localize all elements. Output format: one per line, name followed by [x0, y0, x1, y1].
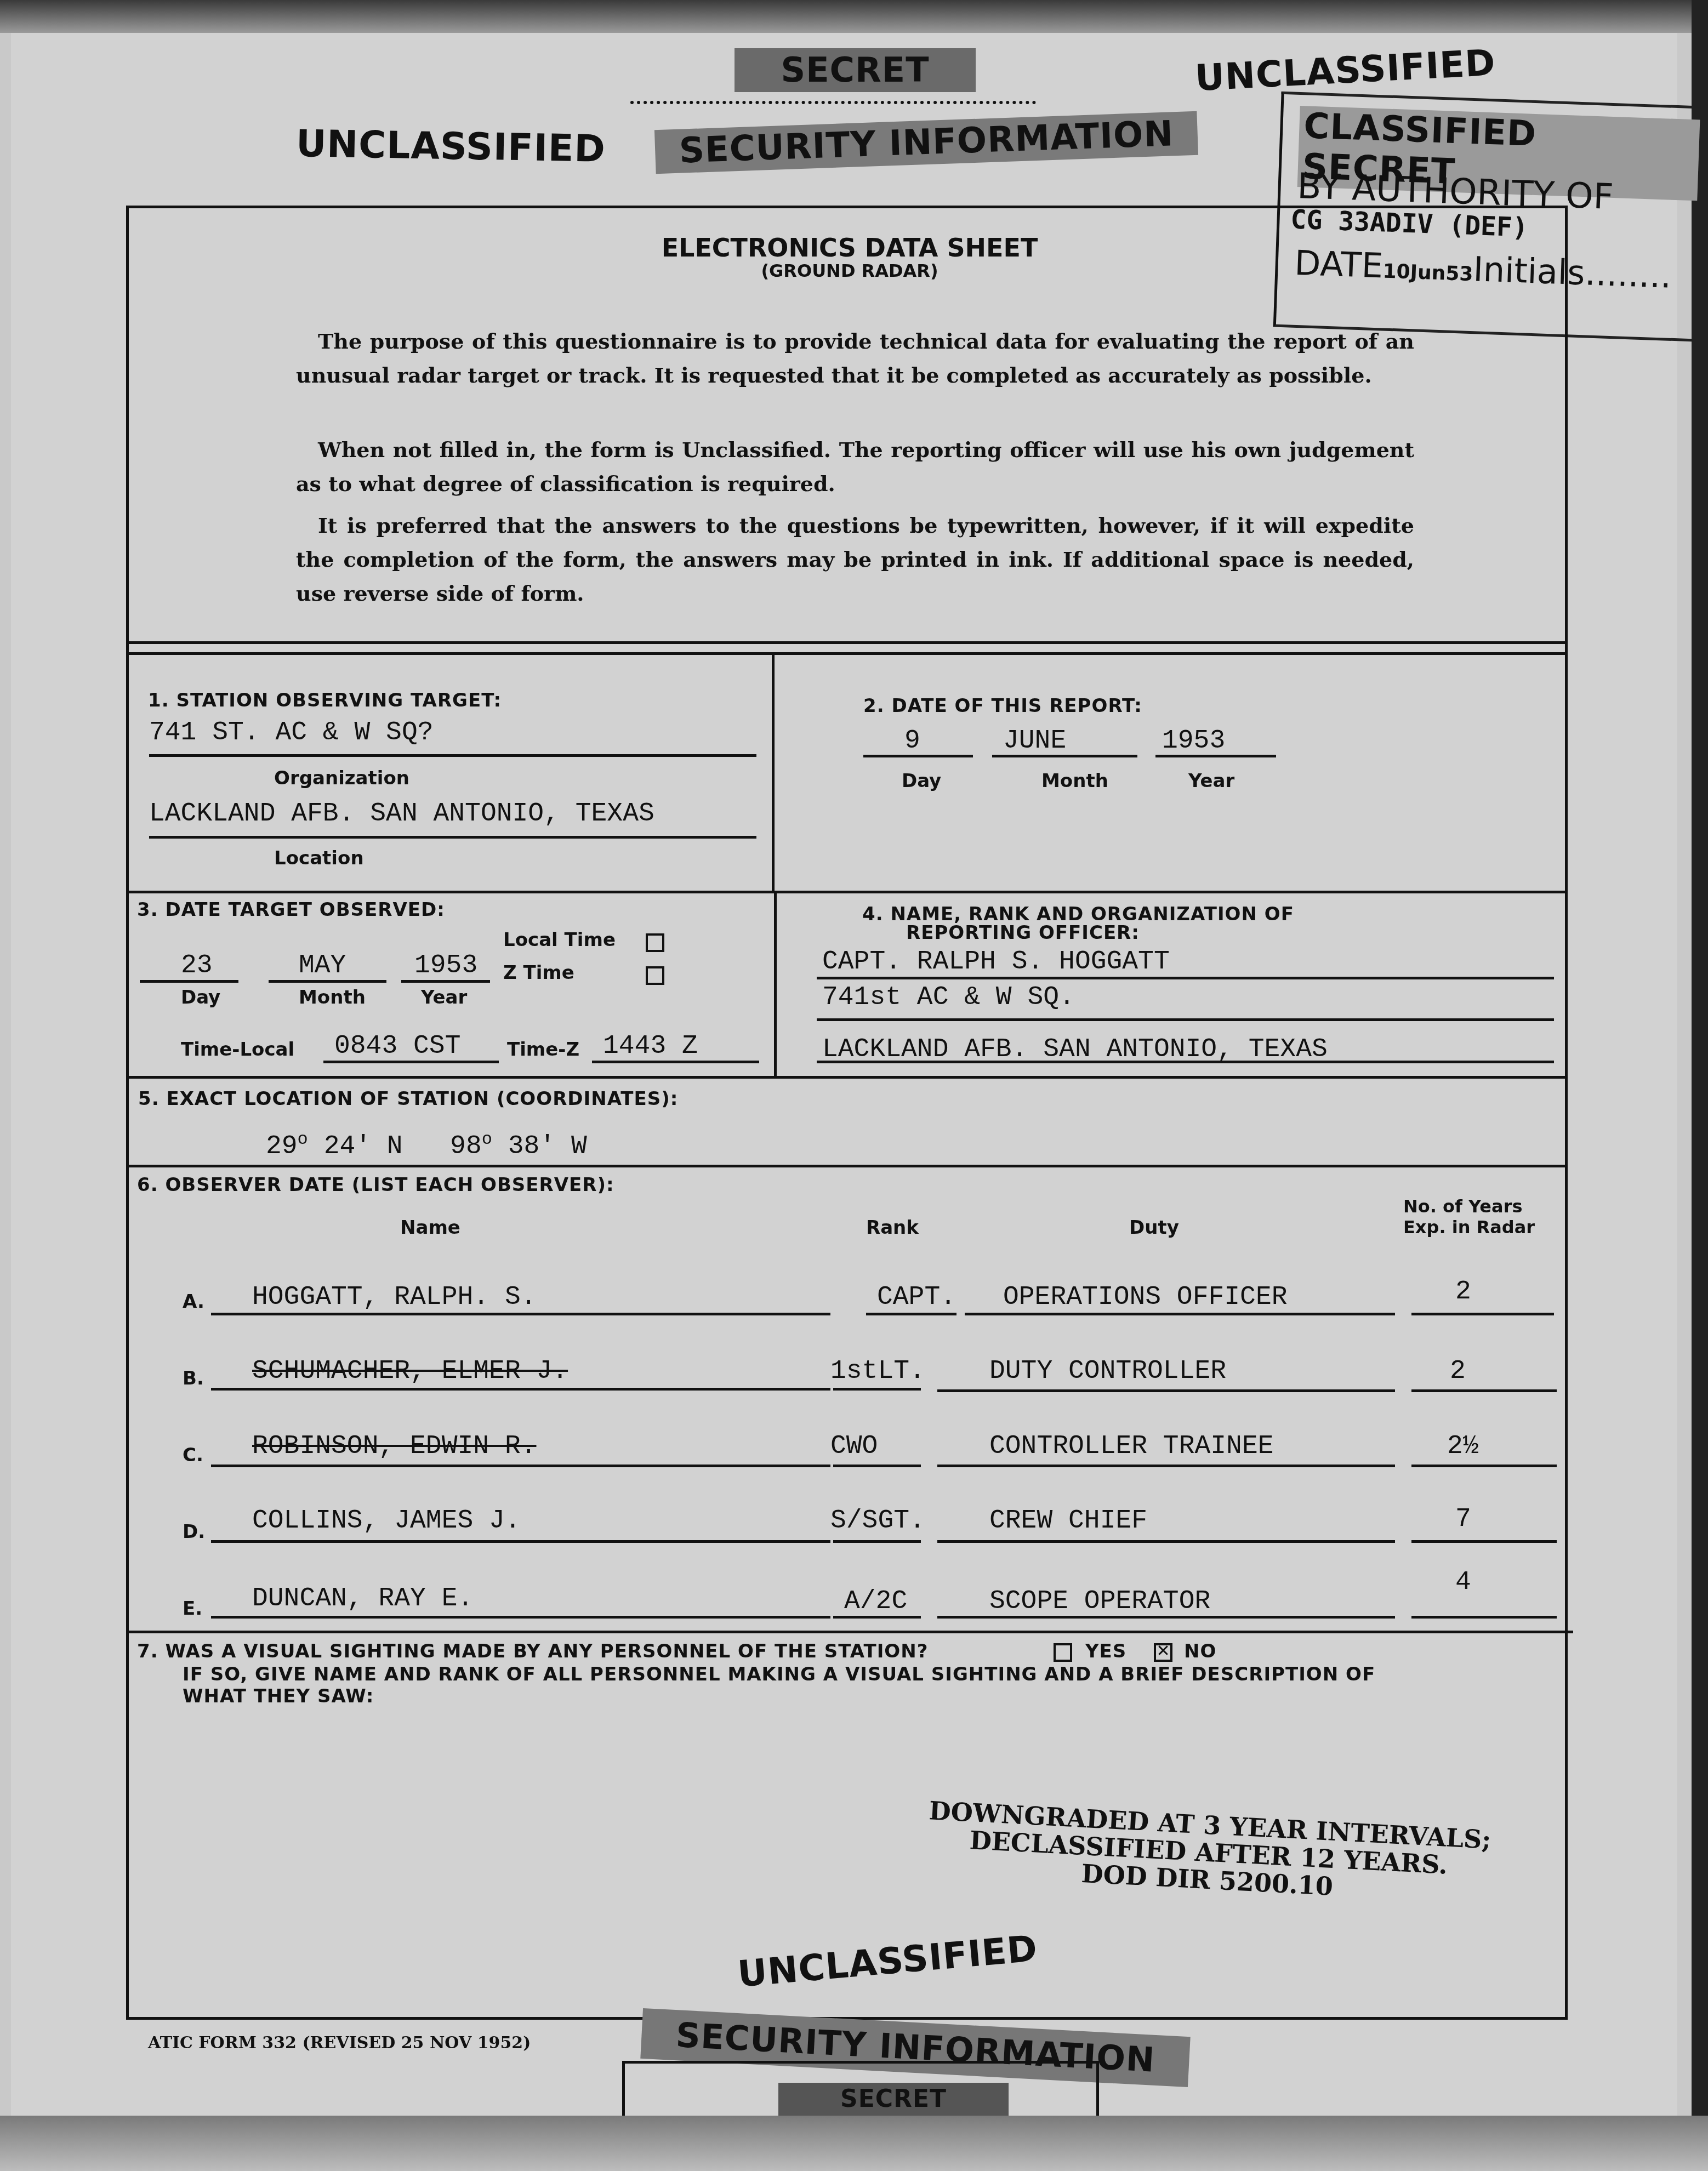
- section1-organization-caption: Organization: [274, 767, 409, 789]
- divider-s4-s5: [126, 1076, 1568, 1079]
- section4-officer-unit: 741st AC & W SQ.: [822, 983, 1075, 1012]
- longitude-degrees: 98: [450, 1132, 482, 1161]
- column-header-name: Name: [400, 1217, 460, 1239]
- years-line: [1411, 1616, 1557, 1619]
- section3-day-line: [140, 980, 238, 983]
- observer-name: ROBINSON, EDWIN R.: [252, 1432, 536, 1461]
- unclassified-stamp-top-left: UNCLASSIFIED: [295, 122, 606, 171]
- section2-day-value: 9: [904, 726, 920, 756]
- observer-name: HOGGATT, RALPH. S.: [252, 1283, 536, 1312]
- divider-intro-2: [126, 652, 1565, 655]
- column-header-rank: Rank: [866, 1217, 919, 1239]
- section2-year-caption: Year: [1188, 770, 1234, 792]
- observer-duty: DUTY CONTROLLER: [989, 1357, 1226, 1386]
- section6-label: 6. OBSERVER DATE (LIST EACH OBSERVER):: [137, 1174, 614, 1196]
- duty-line: [937, 1616, 1395, 1619]
- years-line: [1411, 1540, 1557, 1543]
- section1-location-line: [149, 836, 756, 839]
- section1-organization-value: 741 ST. AC & W SQ?: [149, 718, 433, 748]
- name-line: [211, 1313, 830, 1315]
- divider-s5-s6: [126, 1165, 1568, 1167]
- secret-stamp-top: SECRET: [735, 48, 976, 92]
- duty-line: [965, 1313, 1395, 1315]
- time-local-line: [323, 1061, 499, 1063]
- local-time-checkbox[interactable]: [646, 933, 664, 952]
- secret-stamp-bottom: SECRET: [778, 2083, 1009, 2116]
- divider-intro: [126, 641, 1565, 644]
- column-header-years-line2: Exp. in Radar: [1403, 1217, 1535, 1238]
- duty-line: [937, 1540, 1395, 1543]
- observer-duty: OPERATIONS OFFICER: [1003, 1283, 1287, 1312]
- row-letter: B.: [183, 1367, 204, 1389]
- duty-line: [937, 1465, 1395, 1467]
- scan-bottom-shadow: [0, 2116, 1708, 2171]
- longitude-minutes: 38' W: [508, 1132, 587, 1161]
- visual-sighting-no-label: NO: [1184, 1640, 1216, 1662]
- years-line: [1411, 1313, 1554, 1315]
- row-letter: A.: [183, 1291, 204, 1313]
- divider-s3-s4: [774, 891, 777, 1077]
- section3-year-value: 1953: [414, 951, 477, 981]
- observer-rank: S/SGT.: [830, 1506, 925, 1536]
- form-subtitle: (GROUND RADAR): [603, 260, 1096, 281]
- observer-years: 2: [1455, 1277, 1471, 1307]
- section3-year-caption: Year: [421, 987, 467, 1008]
- time-z-value: 1443 Z: [603, 1032, 698, 1061]
- section2-label: 2. DATE OF THIS REPORT:: [863, 695, 1142, 717]
- observer-rank: CWO: [830, 1432, 878, 1461]
- local-time-label: Local Time: [503, 929, 616, 951]
- rank-line: [833, 1465, 921, 1467]
- visual-sighting-no-checkbox[interactable]: ✕: [1154, 1643, 1172, 1662]
- section3-month-caption: Month: [299, 987, 366, 1008]
- row-letter: E.: [183, 1598, 202, 1620]
- section4-officer-location: LACKLAND AFB. SAN ANTONIO, TEXAS: [822, 1035, 1328, 1064]
- intro-paragraph-2: When not filled in, the form is Unclassi…: [296, 433, 1414, 501]
- observer-name: COLLINS, JAMES J.: [252, 1506, 521, 1536]
- section2-day-line: [863, 755, 973, 757]
- observer-name: SCHUMACHER, ELMER J.: [252, 1357, 568, 1386]
- section4-line3: [817, 1061, 1554, 1063]
- section5-label: 5. EXACT LOCATION OF STATION (COORDINATE…: [138, 1088, 678, 1110]
- section3-year-line: [401, 980, 490, 983]
- section3-day-caption: Day: [181, 987, 220, 1008]
- name-line: [211, 1388, 830, 1391]
- section1-organization-line: [149, 754, 756, 757]
- observer-rank: 1stLT.: [830, 1357, 925, 1386]
- observer-duty: CONTROLLER TRAINEE: [989, 1432, 1273, 1461]
- section1-location-caption: Location: [274, 847, 364, 869]
- column-header-years-line1: No. of Years: [1403, 1196, 1522, 1217]
- rank-line: [833, 1388, 921, 1391]
- name-line: [211, 1616, 830, 1619]
- form-id: ATIC FORM 332 (REVISED 25 NOV 1952): [148, 2033, 531, 2053]
- section2-month-value: JUNE: [1003, 726, 1066, 756]
- years-line: [1411, 1389, 1557, 1392]
- section3-day-value: 23: [181, 951, 213, 981]
- years-line: [1411, 1465, 1557, 1467]
- form-title: ELECTRONICS DATA SHEET: [603, 233, 1096, 263]
- section7-instruction-line1: IF SO, GIVE NAME AND RANK OF ALL PERSONN…: [183, 1663, 1375, 1685]
- security-info-dotted-line: [630, 101, 1036, 104]
- column-header-duty: Duty: [1129, 1217, 1179, 1239]
- intro-paragraph-1: The purpose of this questionnaire is to …: [296, 324, 1414, 392]
- time-local-value: 0843 CST: [334, 1032, 460, 1061]
- intro-paragraph-3: It is preferred that the answers to the …: [296, 509, 1414, 611]
- name-line: [211, 1540, 830, 1543]
- time-local-label: Time-Local: [181, 1039, 294, 1061]
- rank-line: [833, 1540, 921, 1543]
- latitude-degrees: 29: [266, 1132, 298, 1161]
- section7-answer-area[interactable]: [153, 1710, 1551, 1820]
- rank-line: [833, 1616, 921, 1619]
- observer-years: 4: [1455, 1568, 1471, 1597]
- observer-years: 2: [1450, 1357, 1466, 1386]
- section7-instruction-line2: WHAT THEY SAW:: [183, 1685, 374, 1707]
- section2-day-caption: Day: [902, 770, 941, 792]
- observer-name: DUNCAN, RAY E.: [252, 1584, 473, 1614]
- section3-month-value: MAY: [299, 951, 346, 981]
- observer-duty: CREW CHIEF: [989, 1506, 1147, 1536]
- section2-year-value: 1953: [1162, 726, 1225, 756]
- section2-month-line: [992, 755, 1137, 757]
- observer-rank: A/2C: [844, 1587, 907, 1616]
- duty-line: [937, 1389, 1395, 1392]
- z-time-checkbox[interactable]: [646, 966, 664, 985]
- observer-years: 7: [1455, 1505, 1471, 1534]
- section2-month-caption: Month: [1041, 770, 1108, 792]
- time-z-label: Time-Z: [507, 1039, 579, 1061]
- section2-year-line: [1155, 755, 1276, 757]
- divider-s6-s7: [126, 1631, 1573, 1633]
- visual-sighting-yes-checkbox[interactable]: [1054, 1643, 1072, 1662]
- observer-rank: CAPT.: [877, 1283, 956, 1312]
- name-line: [211, 1465, 830, 1467]
- section4-line2: [817, 1018, 1554, 1021]
- scan-top-shadow: [0, 0, 1708, 33]
- section4-label-line2: REPORTING OFFICER:: [906, 922, 1140, 944]
- section4-line1: [817, 977, 1554, 979]
- observer-years: 2½: [1447, 1432, 1479, 1461]
- section1-location-value: LACKLAND AFB. SAN ANTONIO, TEXAS: [149, 799, 654, 829]
- section4-officer-name: CAPT. RALPH S. HOGGATT: [822, 947, 1170, 977]
- section5-coordinates: 29o 24' N 98o 38' W: [266, 1129, 587, 1161]
- section1-label: 1. STATION OBSERVING TARGET:: [148, 690, 502, 711]
- section3-month-line: [269, 980, 386, 983]
- divider-s1-s2: [772, 652, 775, 893]
- visual-sighting-yes-label: YES: [1085, 1640, 1126, 1662]
- section3-label: 3. DATE TARGET OBSERVED:: [137, 899, 445, 921]
- z-time-label: Z Time: [503, 962, 574, 984]
- row-letter: D.: [183, 1521, 205, 1543]
- section7-question: 7. WAS A VISUAL SIGHTING MADE BY ANY PER…: [137, 1640, 928, 1662]
- scan-right-edge: [1692, 0, 1708, 2171]
- latitude-minutes: 24' N: [324, 1132, 403, 1161]
- divider-s2-s3: [126, 891, 1565, 893]
- observer-duty: SCOPE OPERATOR: [989, 1587, 1210, 1616]
- rank-line: [866, 1313, 957, 1315]
- row-letter: C.: [183, 1444, 203, 1466]
- time-z-line: [592, 1061, 759, 1063]
